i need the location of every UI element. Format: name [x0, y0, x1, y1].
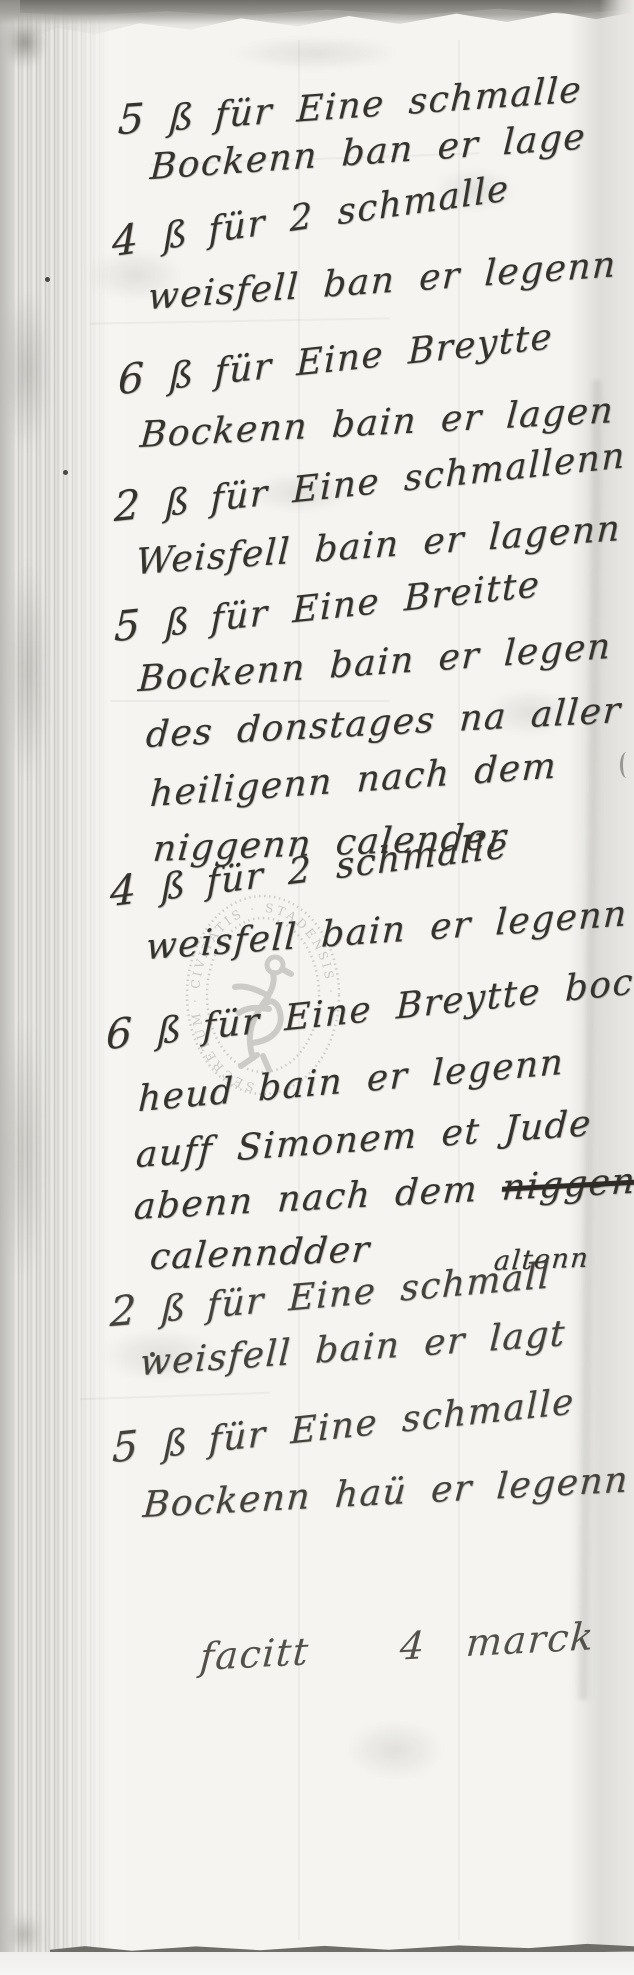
manuscript-page: SECRETUM · CIVITATIS · STADENSIS · 5ßfür… — [0, 0, 634, 1975]
entry-6-amount: 4 — [110, 868, 137, 913]
ledger-entry-7-line-4: abenn nach dem niggen — [133, 1164, 634, 1226]
shilling-symbol: ß — [163, 1425, 189, 1464]
shilling-symbol: ß — [165, 484, 191, 523]
entry-5-text: für Eine Breitte — [210, 564, 541, 640]
entry-2-amount: 4 — [112, 218, 140, 263]
ledger-entry-9-line-1: 5ßfür Eine schmalle — [112, 1379, 575, 1469]
entry-3-text: für Eine Breytte — [214, 316, 553, 393]
spine-stain — [2, 1020, 46, 1280]
entry-9-amount: 5 — [112, 1425, 140, 1469]
ledger-entry-2-line-2: weisfell ban er legenn — [147, 247, 618, 316]
facing-page-ink-mark — [620, 752, 633, 778]
ledger-entry-7-line-5: calenndder — [148, 1232, 371, 1276]
shilling-symbol: ß — [163, 216, 189, 256]
show-through-line — [90, 317, 390, 324]
crossed-out-word: niggen — [501, 1161, 634, 1209]
entry-5-amount: 5 — [114, 604, 142, 648]
entry-7-amount: 6 — [106, 1012, 134, 1056]
show-through-line — [110, 700, 390, 702]
entry-3-amount: 6 — [118, 357, 146, 401]
ledger-entry-9-line-2: Bockenn haü er legenn — [142, 1462, 630, 1524]
below-page-surface — [0, 1952, 634, 1975]
ledger-entry-3-line-1: 6ßfür Eine Breytte — [118, 314, 554, 401]
shilling-symbol: ß — [157, 1012, 183, 1051]
shilling-symbol: ß — [168, 100, 195, 138]
left-page-edge — [0, 0, 16, 1975]
ledger-entry-4-line-2: Weisfell bain er lagenn — [135, 511, 622, 581]
shilling-symbol: ß — [169, 357, 195, 396]
total-unit: marck — [465, 1617, 596, 1662]
entry-7-text: abenn nach dem — [133, 1169, 480, 1228]
top-left-corner-wear — [0, 14, 70, 109]
bleedthrough-mark — [200, 30, 430, 76]
ink-dot — [63, 470, 68, 475]
ledger-entry-5-line-4: heiligenn nach dem — [149, 748, 558, 813]
shilling-symbol: ß — [165, 604, 191, 643]
ink-dot — [45, 277, 50, 282]
spine-stain — [8, 560, 48, 780]
spine-stain — [4, 290, 50, 450]
entry-8-amount: 2 — [109, 1289, 138, 1333]
entry-4-amount: 2 — [114, 484, 142, 528]
bleedthrough-mark — [330, 1710, 460, 1790]
total-line: facitt 4 marck — [199, 1617, 596, 1676]
facit-label: facitt — [198, 1629, 311, 1679]
bottom-left-page-wear — [0, 1790, 120, 1960]
ledger-entry-7-line-3: auff Simonem et Jude — [135, 1106, 593, 1174]
shilling-symbol: ß — [161, 867, 186, 906]
total-amount: 4 — [399, 1626, 427, 1666]
entry-1-amount: 5 — [117, 98, 147, 141]
shilling-symbol: ß — [161, 1290, 188, 1328]
